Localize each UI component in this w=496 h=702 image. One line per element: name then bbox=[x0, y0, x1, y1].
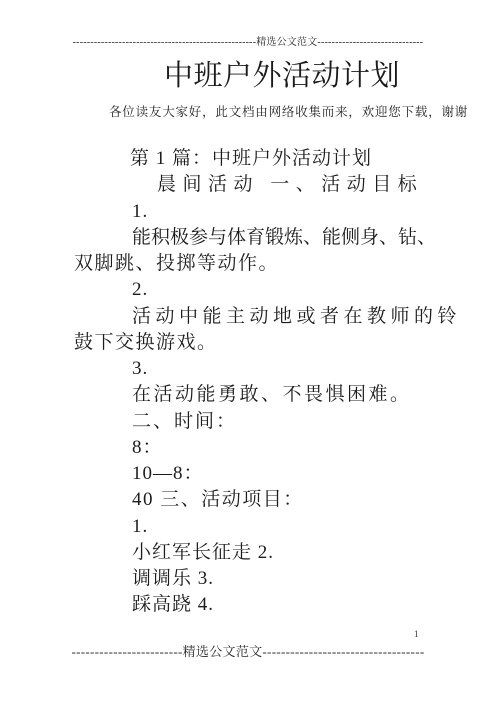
body-line: 活动中能主动地或者在教师的铃 bbox=[74, 304, 494, 330]
body-line: 晨间活动 一、活动目标 bbox=[74, 172, 494, 198]
body-line: 双脚跳、投掷等动作。 bbox=[74, 251, 494, 277]
page-number: 1 bbox=[414, 629, 419, 639]
body-line: 鼓下交换游戏。 bbox=[74, 330, 494, 356]
document-page: ----------------------------------------… bbox=[0, 0, 496, 702]
body-line: 二、时间： bbox=[74, 409, 494, 435]
body-line: 40 三、活动项目： bbox=[74, 487, 494, 513]
page-subtitle: 各位读友大家好，此文档由网络收集而来，欢迎您下载，谢谢 bbox=[109, 102, 468, 120]
body-line: 3. bbox=[74, 356, 494, 382]
document-body: 第 1 篇：中班户外活动计划晨间活动 一、活动目标1.能积极参与体育锻炼、能侧身… bbox=[74, 146, 494, 619]
body-line: 在活动能勇敢、不畏惧困难。 bbox=[74, 382, 494, 408]
body-line: 调调乐 3. bbox=[74, 566, 494, 592]
body-line: 2. bbox=[74, 277, 494, 303]
body-line: 1. bbox=[74, 514, 494, 540]
body-line: 踩高跷 4. bbox=[74, 592, 494, 618]
body-line: 第 1 篇：中班户外活动计划 bbox=[74, 146, 494, 172]
body-line: 1. bbox=[74, 199, 494, 225]
page-title: 中班户外活动计划 bbox=[164, 57, 400, 95]
body-line: 小红军长征走 2. bbox=[74, 540, 494, 566]
footer-separator: ------------------------精选公文范文----------… bbox=[0, 641, 496, 660]
header-separator: ----------------------------------------… bbox=[0, 33, 496, 48]
body-line: 能积极参与体育锻炼、能侧身、钻、 bbox=[74, 225, 494, 251]
body-line: 8： bbox=[74, 435, 494, 461]
body-line: 10—8： bbox=[74, 461, 494, 487]
